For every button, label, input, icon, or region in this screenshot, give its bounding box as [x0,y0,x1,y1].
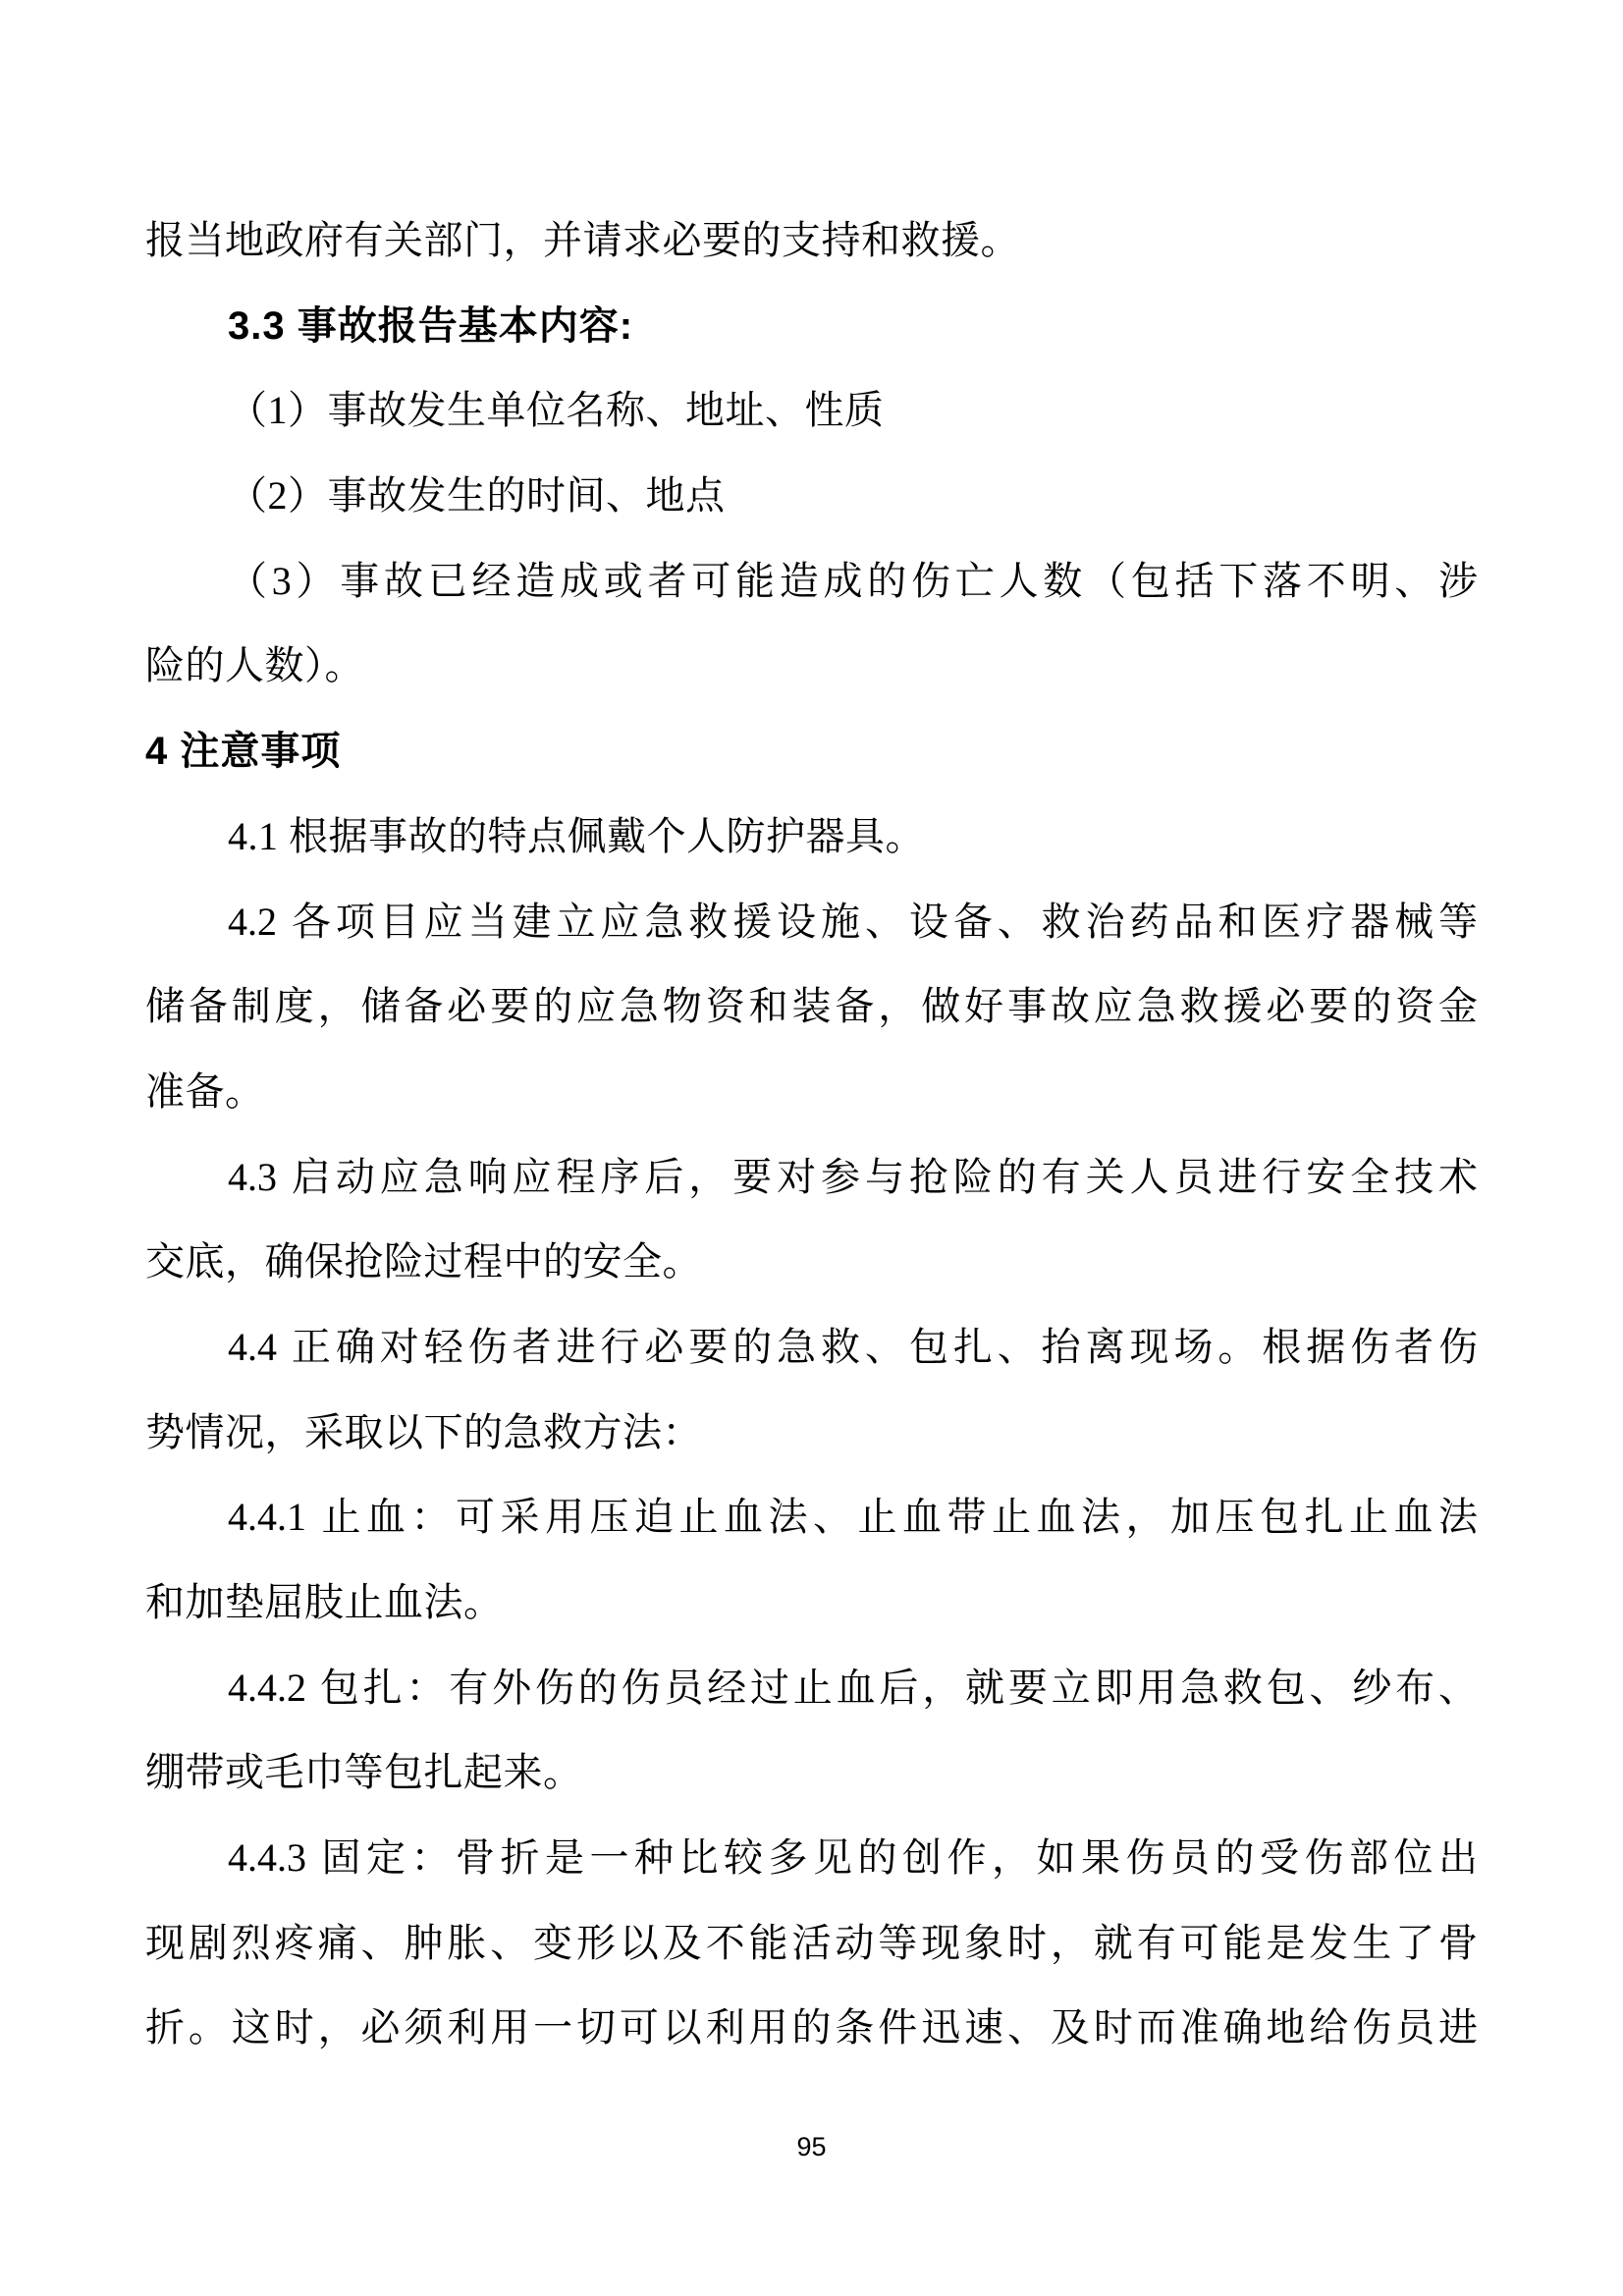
text-line: 现剧烈疼痛、肿胀、变形以及不能活动等现象时，就有可能是发生了骨 [145,1901,1478,1987]
text-line: 和加垫屈肢止血法。 [145,1560,1478,1646]
text-line: 4.4.2 包扎：有外伤的伤员经过止血后，就要立即用急救包、纱布、 [145,1646,1478,1731]
text-line: 势情况，采取以下的急救方法： [145,1391,1478,1476]
text-line: 4.4.1 止血：可采用压迫止血法、止血带止血法，加压包扎止血法 [145,1475,1478,1560]
page-number: 95 [0,2129,1623,2164]
text-line: 折。这时，必须利用一切可以利用的条件迅速、及时而准确地给伤员进 [145,1986,1478,2071]
text-line: 4 注意事项 [145,709,1478,794]
text-line: 准备。 [145,1050,1478,1135]
text-line: 储备制度，储备必要的应急物资和装备，做好事故应急救援必要的资金 [145,964,1478,1050]
text-line: 险的人数）。 [145,624,1478,709]
document-page: 报当地政府有关部门，并请求必要的支持和救援。3.3 事故报告基本内容:（1）事故… [0,0,1623,2296]
text-line: 4.3 启动应急响应程序后，要对参与抢险的有关人员进行安全技术 [145,1135,1478,1221]
text-line: 4.1 根据事故的特点佩戴个人防护器具。 [145,794,1478,880]
text-line: 4.2 各项目应当建立应急救援设施、设备、救治药品和医疗器械等 [145,880,1478,965]
text-line: 报当地政府有关部门，并请求必要的支持和救援。 [145,198,1478,284]
text-line: （3）事故已经造成或者可能造成的伤亡人数（包括下落不明、涉 [145,539,1478,625]
text-line: （1）事故发生单位名称、地址、性质 [145,368,1478,454]
text-line: 绷带或毛巾等包扎起来。 [145,1730,1478,1816]
document-body: 报当地政府有关部门，并请求必要的支持和救援。3.3 事故报告基本内容:（1）事故… [145,198,1478,2071]
text-line: 4.4.3 固定：骨折是一种比较多见的创作，如果伤员的受伤部位出 [145,1816,1478,1901]
text-line: （2）事故发生的时间、地点 [145,454,1478,539]
text-line: 交底，确保抢险过程中的安全。 [145,1220,1478,1305]
text-line: 4.4 正确对轻伤者进行必要的急救、包扎、抬离现场。根据伤者伤 [145,1305,1478,1391]
text-line: 3.3 事故报告基本内容: [145,284,1478,369]
